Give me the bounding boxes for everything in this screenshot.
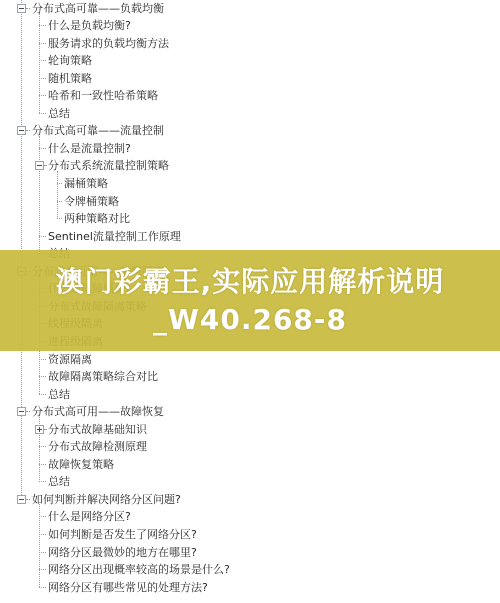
tree-node-label: 如何判断并解决网络分区问题? <box>32 491 181 508</box>
tree-node-label: 分布式高可用——故障恢复 <box>32 403 164 420</box>
tree-node-item[interactable]: 分布式故障基础知识 <box>0 421 500 438</box>
tree-node-label: 总结 <box>48 386 70 403</box>
tree-node-item[interactable]: 总结 <box>0 386 500 403</box>
collapse-icon[interactable] <box>35 161 44 170</box>
tree-branch-line <box>44 429 46 430</box>
tree-node-section[interactable]: 分布式高可靠——负载均衡 <box>0 0 500 17</box>
tree-node-label: 如何判断是否发生了网络分区? <box>48 526 197 543</box>
tree-node-label: 分布式系统流量控制策略 <box>48 157 169 174</box>
tree-node-item[interactable]: 服务请求的负载均衡方法 <box>0 35 500 52</box>
banner-title-line2: _W40.268-8 <box>153 301 347 339</box>
tree-branch-line <box>39 376 46 377</box>
tree-node-label: 故障恢复策略 <box>48 456 114 473</box>
tree-branch-line <box>39 587 46 588</box>
expand-icon[interactable] <box>35 425 44 434</box>
tree-node-label: 总结 <box>48 473 70 490</box>
tree-node-item[interactable]: 随机策略 <box>0 70 500 87</box>
tree-branch-line <box>57 218 62 219</box>
tree-node-item[interactable]: 漏桶策略 <box>0 175 500 192</box>
overlay-banner: 澳门彩霸王,实际应用解析说明 _W40.268-8 <box>0 250 500 351</box>
tree-branch-line <box>26 8 30 9</box>
collapse-icon[interactable] <box>17 407 26 416</box>
tree-node-item[interactable]: 网络分区有哪些常见的处理方法? <box>0 579 500 596</box>
tree-node-item[interactable]: 故障恢复策略 <box>0 456 500 473</box>
tree-branch-line <box>39 43 46 44</box>
tree-branch-line <box>39 148 46 149</box>
tree-branch-line <box>26 499 30 500</box>
tree-node-section[interactable]: 分布式高可用——故障恢复 <box>0 403 500 420</box>
tree-node-label: Sentinel流量控制工作原理 <box>48 228 181 245</box>
tree-node-section[interactable]: 分布式高可靠——流量控制 <box>0 122 500 139</box>
tree-node-item[interactable]: 总结 <box>0 473 500 490</box>
tree-branch-line <box>57 183 62 184</box>
tree-node-item[interactable]: 总结 <box>0 105 500 122</box>
tree-node-item[interactable]: 两种策略对比 <box>0 210 500 227</box>
tree-node-label: 分布式高可靠——流量控制 <box>32 122 164 139</box>
tree-node-item[interactable]: 资源隔离 <box>0 351 500 368</box>
tree-node-label: 服务请求的负载均衡方法 <box>48 35 169 52</box>
tree-node-label: 故障隔离策略综合对比 <box>48 368 158 385</box>
tree-node-item[interactable]: 故障隔离策略综合对比 <box>0 368 500 385</box>
tree-node-item[interactable]: 什么是网络分区? <box>0 508 500 525</box>
tree-branch-line <box>57 201 62 202</box>
tree-node-item[interactable]: 网络分区最微妙的地方在哪里? <box>0 544 500 561</box>
tree-node-label: 资源隔离 <box>48 351 92 368</box>
tree-branch-line <box>39 236 46 237</box>
tree-node-label: 什么是流量控制? <box>48 140 131 157</box>
banner-title-line1: 澳门彩霸王,实际应用解析说明 <box>56 263 445 301</box>
tree-node-item[interactable]: 令牌桶策略 <box>0 193 500 210</box>
tree-node-item[interactable]: 网络分区出现概率较高的场景是什么? <box>0 561 500 578</box>
tree-node-label: 漏桶策略 <box>64 175 108 192</box>
tree-branch-line <box>39 569 46 570</box>
tree-branch-line <box>39 95 46 96</box>
tree-branch-line <box>39 481 46 482</box>
tree-branch-line <box>39 359 46 360</box>
tree-branch-line <box>39 516 46 517</box>
tree-node-label: 分布式高可靠——负载均衡 <box>32 0 164 17</box>
tree-node-item[interactable]: 分布式系统流量控制策略 <box>0 157 500 174</box>
tree-node-item[interactable]: Sentinel流量控制工作原理 <box>0 228 500 245</box>
tree-node-label: 轮询策略 <box>48 52 92 69</box>
tree-node-label: 网络分区出现概率较高的场景是什么? <box>48 561 230 578</box>
tree-branch-line <box>26 411 30 412</box>
tree-branch-line <box>39 552 46 553</box>
collapse-icon[interactable] <box>17 495 26 504</box>
tree-node-label: 随机策略 <box>48 70 92 87</box>
tree-node-section[interactable]: 如何判断并解决网络分区问题? <box>0 491 500 508</box>
tree-node-label: 分布式故障基础知识 <box>48 421 147 438</box>
tree-branch-line <box>39 464 46 465</box>
tree-branch-line <box>39 534 46 535</box>
tree-branch-line <box>44 165 46 166</box>
tree-node-item[interactable]: 什么是流量控制? <box>0 140 500 157</box>
tree-node-label: 什么是负载均衡? <box>48 17 131 34</box>
tree-branch-line <box>39 446 46 447</box>
tree-node-label: 总结 <box>48 105 70 122</box>
tree-node-item[interactable]: 哈希和一致性哈希策略 <box>0 87 500 104</box>
tree-branch-line <box>39 60 46 61</box>
tree-node-label: 网络分区最微妙的地方在哪里? <box>48 544 197 561</box>
tree-node-label: 两种策略对比 <box>64 210 130 227</box>
tree-node-item[interactable]: 分布式故障检测原理 <box>0 438 500 455</box>
collapse-icon[interactable] <box>17 4 26 13</box>
tree-node-item[interactable]: 轮询策略 <box>0 52 500 69</box>
tree-node-label: 什么是网络分区? <box>48 508 131 525</box>
collapse-icon[interactable] <box>17 126 26 135</box>
tree-node-item[interactable]: 什么是负载均衡? <box>0 17 500 34</box>
tree-node-label: 分布式故障检测原理 <box>48 438 147 455</box>
tree-branch-line <box>39 78 46 79</box>
tree-branch-line <box>39 113 46 114</box>
tree-node-item[interactable]: 如何判断是否发生了网络分区? <box>0 526 500 543</box>
tree-node-label: 哈希和一致性哈希策略 <box>48 87 158 104</box>
tree-branch-line <box>39 394 46 395</box>
tree-branch-line <box>39 25 46 26</box>
tree-node-label: 令牌桶策略 <box>64 193 119 210</box>
tree-branch-line <box>26 130 30 131</box>
tree-node-label: 网络分区有哪些常见的处理方法? <box>48 579 208 596</box>
